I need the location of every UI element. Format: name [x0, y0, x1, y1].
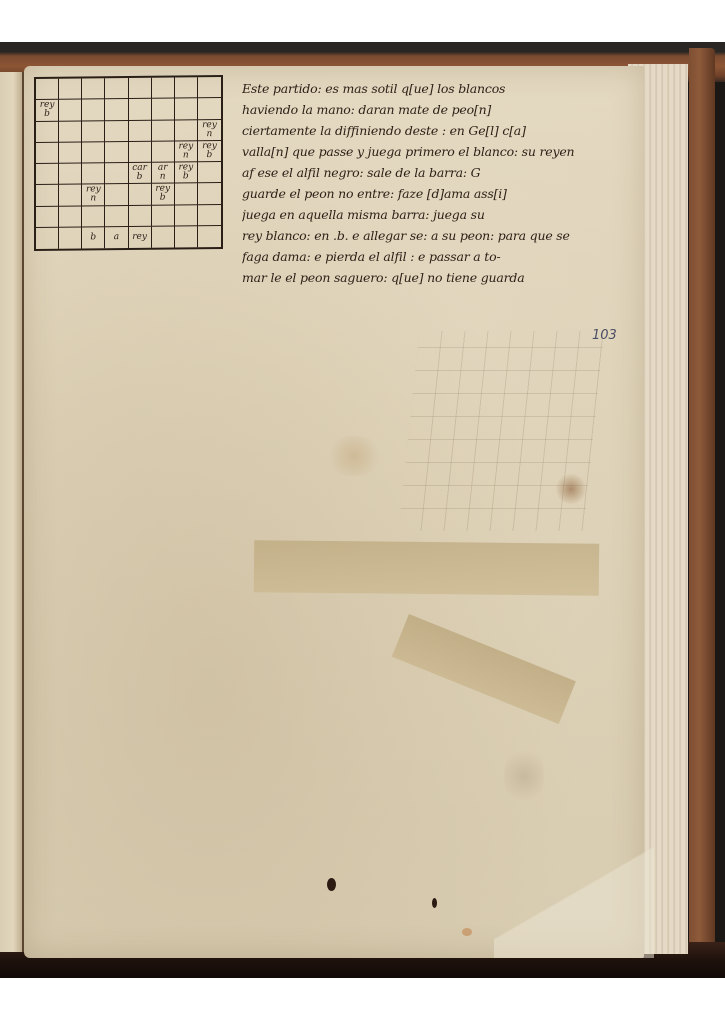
board-square: [175, 226, 198, 247]
board-square: rey b: [198, 141, 221, 162]
board-square: [82, 163, 105, 184]
board-square: rey: [129, 227, 152, 248]
board-square: [175, 99, 198, 120]
page-fold-corner: [494, 826, 654, 958]
board-square: [82, 206, 105, 227]
stain-brown: [554, 474, 588, 504]
board-square: car b: [129, 163, 152, 184]
board-square: [129, 120, 152, 141]
board-square: [59, 185, 82, 206]
board-square: [175, 184, 198, 205]
board-square: [175, 205, 198, 226]
board-square: rey b: [36, 100, 59, 121]
board-square: [36, 164, 59, 185]
board-square: [36, 185, 59, 206]
board-square: rey b: [175, 162, 198, 183]
board-square: [36, 121, 59, 142]
board-square: rey n: [175, 141, 198, 162]
board-square: [105, 142, 128, 163]
facing-page-edge: [0, 72, 24, 952]
board-square: [129, 184, 152, 205]
board-square: [59, 163, 82, 184]
board-square: [198, 98, 221, 119]
board-square: [105, 99, 128, 120]
manuscript-line: faga dama: e pierda el alfil : e passar …: [242, 246, 642, 267]
board-square: [198, 77, 221, 98]
board-square: [152, 226, 175, 247]
board-square: [175, 77, 198, 98]
manuscript-scan: rey brey nrey nrey bcar bar nrey brey nr…: [0, 42, 725, 978]
manuscript-page: rey brey nrey nrey bcar bar nrey brey nr…: [24, 66, 644, 958]
stain-spot: [327, 878, 336, 891]
manuscript-line: ciertamente la diffiniendo deste : en Ge…: [242, 120, 642, 141]
board-square: [59, 227, 82, 248]
board-square: [152, 141, 175, 162]
board-square: [59, 142, 82, 163]
manuscript-line: Este partido: es mas sotil q[ue] los bla…: [242, 78, 642, 99]
board-square: [36, 79, 59, 100]
board-square: rey n: [198, 120, 221, 141]
board-square: [59, 78, 82, 99]
repair-tape-diagonal: [392, 614, 576, 724]
board-square: a: [105, 227, 128, 248]
board-square: [152, 205, 175, 226]
board-square: [198, 226, 221, 247]
board-square: [129, 142, 152, 163]
manuscript-line: haviendo la mano: daran mate de peo[n]: [242, 99, 642, 120]
board-square: [198, 205, 221, 226]
board-square: b: [82, 227, 105, 248]
manuscript-line: guarde el peon no entre: faze [d]ama ass…: [242, 183, 642, 204]
board-square: [105, 206, 128, 227]
board-square: rey n: [82, 184, 105, 205]
stain-grey: [504, 746, 544, 806]
board-square: [152, 120, 175, 141]
board-square: [59, 100, 82, 121]
board-square: [129, 99, 152, 120]
board-square: [82, 142, 105, 163]
board-square: rey b: [152, 184, 175, 205]
board-square: [82, 99, 105, 120]
board-square: [82, 78, 105, 99]
manuscript-line: af ese el alfil negro: sale de la barra:…: [242, 162, 642, 183]
board-square: [59, 121, 82, 142]
board-square: [36, 206, 59, 227]
board-square: [105, 121, 128, 142]
manuscript-line: valla[n] que passe y juega primero el bl…: [242, 141, 642, 162]
board-square: [198, 162, 221, 183]
board-square: [129, 78, 152, 99]
board-square: [105, 184, 128, 205]
board-square: [59, 206, 82, 227]
chess-board-diagram: rey brey nrey nrey bcar bar nrey brey nr…: [34, 75, 223, 251]
book-cover-right-edge: [689, 48, 715, 958]
manuscript-line: mar le el peon saguero: q[ue] no tiene g…: [242, 267, 642, 288]
board-square: [105, 163, 128, 184]
board-square: [82, 121, 105, 142]
board-square: [105, 78, 128, 99]
board-square: [36, 142, 59, 163]
stain-spot: [432, 898, 437, 908]
board-square: [152, 99, 175, 120]
board-square: [152, 78, 175, 99]
board-square: [175, 120, 198, 141]
board-square: [198, 183, 221, 204]
manuscript-line: juega en aquella misma barra: juega su: [242, 204, 642, 225]
stain-orange: [462, 928, 472, 936]
board-square: ar n: [152, 163, 175, 184]
repair-tape-horizontal: [254, 540, 600, 596]
manuscript-text: Este partido: es mas sotil q[ue] los bla…: [242, 78, 642, 288]
board-square: [129, 205, 152, 226]
stain-light: [324, 436, 384, 476]
manuscript-line: rey blanco: en .b. e allegar se: a su pe…: [242, 225, 642, 246]
board-square: [36, 227, 59, 248]
